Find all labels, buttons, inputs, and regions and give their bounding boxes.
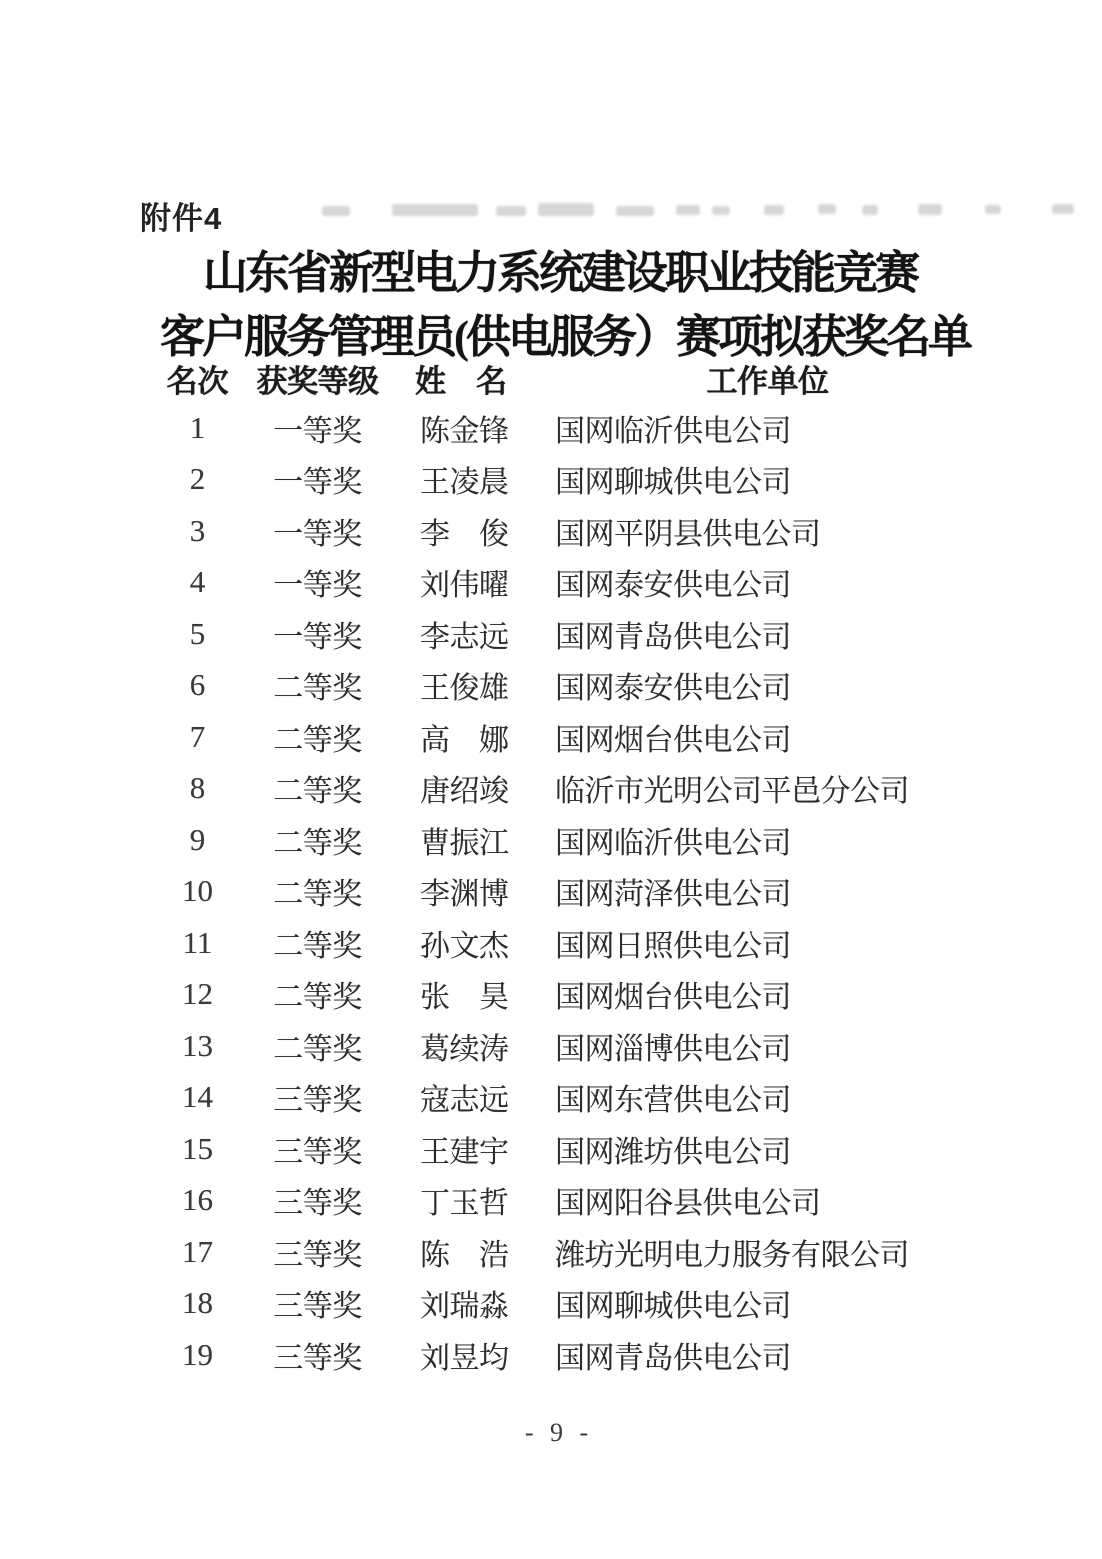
award-cell: 三等奖 bbox=[245, 1230, 390, 1274]
name-cell: 李 俊 bbox=[390, 509, 540, 553]
award-cell: 一等奖 bbox=[245, 612, 390, 656]
rank-cell: 11 bbox=[150, 925, 245, 961]
rank-cell: 5 bbox=[150, 616, 245, 652]
award-cell: 二等奖 bbox=[245, 869, 390, 913]
name-cell: 刘瑞淼 bbox=[390, 1281, 540, 1325]
table-row: 17 三等奖 陈 浩 潍坊光明电力服务有限公司 bbox=[150, 1226, 995, 1278]
table-row: 16 三等奖 丁玉哲 国网阳谷县供电公司 bbox=[150, 1175, 995, 1227]
table-row: 1 一等奖 陈金锋 国网临沂供电公司 bbox=[150, 402, 995, 454]
org-cell: 国网日照供电公司 bbox=[540, 921, 995, 965]
table-row: 4 一等奖 刘伟曜 国网泰安供电公司 bbox=[150, 557, 995, 609]
rank-cell: 19 bbox=[150, 1337, 245, 1373]
scan-artifact bbox=[322, 206, 350, 216]
award-cell: 二等奖 bbox=[245, 818, 390, 862]
award-table: 名次 获奖等级 姓 名 工作单位 1 一等奖 陈金锋 国网临沂供电公司 2 一等… bbox=[150, 354, 995, 1381]
award-cell: 二等奖 bbox=[245, 972, 390, 1016]
name-cell: 孙文杰 bbox=[390, 921, 540, 965]
scan-artifact bbox=[676, 205, 700, 215]
award-cell: 二等奖 bbox=[245, 921, 390, 965]
header-name: 姓 名 bbox=[390, 356, 540, 401]
org-cell: 国网聊城供电公司 bbox=[540, 1281, 995, 1325]
table-row: 19 三等奖 刘昱均 国网青岛供电公司 bbox=[150, 1329, 995, 1381]
award-cell: 一等奖 bbox=[245, 457, 390, 501]
table-row: 9 二等奖 曹振江 国网临沂供电公司 bbox=[150, 814, 995, 866]
table-row: 3 一等奖 李 俊 国网平阴县供电公司 bbox=[150, 505, 995, 557]
award-cell: 三等奖 bbox=[245, 1281, 390, 1325]
table-row: 7 二等奖 高 娜 国网烟台供电公司 bbox=[150, 711, 995, 763]
table-header-row: 名次 获奖等级 姓 名 工作单位 bbox=[150, 354, 995, 402]
org-cell: 国网烟台供电公司 bbox=[540, 715, 995, 759]
rank-cell: 2 bbox=[150, 461, 245, 497]
org-cell: 国网泰安供电公司 bbox=[540, 663, 995, 707]
award-cell: 一等奖 bbox=[245, 406, 390, 450]
org-cell: 国网烟台供电公司 bbox=[540, 972, 995, 1016]
rank-cell: 3 bbox=[150, 513, 245, 549]
org-cell: 国网泰安供电公司 bbox=[540, 560, 995, 604]
award-cell: 二等奖 bbox=[245, 715, 390, 759]
award-cell: 三等奖 bbox=[245, 1127, 390, 1171]
rank-cell: 8 bbox=[150, 770, 245, 806]
table-row: 15 三等奖 王建宇 国网潍坊供电公司 bbox=[150, 1123, 995, 1175]
org-cell: 国网淄博供电公司 bbox=[540, 1024, 995, 1068]
name-cell: 唐绍竣 bbox=[390, 766, 540, 810]
table-row: 6 二等奖 王俊雄 国网泰安供电公司 bbox=[150, 660, 995, 712]
header-rank: 名次 bbox=[150, 356, 245, 401]
header-org: 工作单位 bbox=[540, 356, 995, 401]
rank-cell: 15 bbox=[150, 1131, 245, 1167]
name-cell: 李渊博 bbox=[390, 869, 540, 913]
scan-artifact bbox=[818, 204, 836, 214]
rank-cell: 10 bbox=[150, 873, 245, 909]
scan-artifact bbox=[918, 204, 942, 215]
table-row: 5 一等奖 李志远 国网青岛供电公司 bbox=[150, 608, 995, 660]
name-cell: 陈 浩 bbox=[390, 1230, 540, 1274]
scan-artifact bbox=[862, 205, 878, 215]
scan-artifact bbox=[985, 205, 1001, 214]
org-cell: 国网东营供电公司 bbox=[540, 1075, 995, 1119]
name-cell: 李志远 bbox=[390, 612, 540, 656]
scanned-document-page: 附件4 山东省新型电力系统建设职业技能竞赛 客户服务管理员(供电服务）赛项拟获奖… bbox=[0, 0, 1102, 1559]
name-cell: 寇志远 bbox=[390, 1075, 540, 1119]
rank-cell: 13 bbox=[150, 1028, 245, 1064]
scan-artifact bbox=[764, 205, 784, 215]
header-award: 获奖等级 bbox=[245, 356, 390, 401]
award-cell: 一等奖 bbox=[245, 509, 390, 553]
org-cell: 临沂市光明公司平邑分公司 bbox=[540, 766, 995, 810]
name-cell: 丁玉哲 bbox=[390, 1178, 540, 1222]
rank-cell: 14 bbox=[150, 1079, 245, 1115]
page-number: - 9 - bbox=[8, 1418, 1102, 1448]
rank-cell: 1 bbox=[150, 410, 245, 446]
award-cell: 二等奖 bbox=[245, 1024, 390, 1068]
scan-artifact bbox=[538, 203, 594, 216]
org-cell: 国网临沂供电公司 bbox=[540, 406, 995, 450]
rank-cell: 6 bbox=[150, 667, 245, 703]
org-cell: 潍坊光明电力服务有限公司 bbox=[540, 1230, 995, 1274]
rank-cell: 18 bbox=[150, 1285, 245, 1321]
table-row: 12 二等奖 张 昊 国网烟台供电公司 bbox=[150, 969, 995, 1021]
name-cell: 王建宇 bbox=[390, 1127, 540, 1171]
table-body: 1 一等奖 陈金锋 国网临沂供电公司 2 一等奖 王凌晨 国网聊城供电公司 3 … bbox=[150, 402, 995, 1381]
rank-cell: 12 bbox=[150, 976, 245, 1012]
name-cell: 王俊雄 bbox=[390, 663, 540, 707]
name-cell: 刘伟曜 bbox=[390, 560, 540, 604]
document-title-line1: 山东省新型电力系统建设职业技能竞赛 bbox=[9, 236, 1102, 301]
org-cell: 国网青岛供电公司 bbox=[540, 612, 995, 656]
name-cell: 高 娜 bbox=[390, 715, 540, 759]
award-cell: 三等奖 bbox=[245, 1075, 390, 1119]
org-cell: 国网平阴县供电公司 bbox=[540, 509, 995, 553]
table-row: 8 二等奖 唐绍竣 临沂市光明公司平邑分公司 bbox=[150, 763, 995, 815]
org-cell: 国网阳谷县供电公司 bbox=[540, 1178, 995, 1222]
scan-artifact bbox=[712, 206, 730, 215]
org-cell: 国网临沂供电公司 bbox=[540, 818, 995, 862]
table-row: 10 二等奖 李渊博 国网菏泽供电公司 bbox=[150, 866, 995, 918]
name-cell: 张 昊 bbox=[390, 972, 540, 1016]
rank-cell: 9 bbox=[150, 822, 245, 858]
scan-artifact bbox=[392, 204, 478, 216]
table-row: 13 二等奖 葛续涛 国网淄博供电公司 bbox=[150, 1020, 995, 1072]
rank-cell: 16 bbox=[150, 1182, 245, 1218]
org-cell: 国网潍坊供电公司 bbox=[540, 1127, 995, 1171]
rank-cell: 17 bbox=[150, 1234, 245, 1270]
table-row: 2 一等奖 王凌晨 国网聊城供电公司 bbox=[150, 454, 995, 506]
scan-artifact bbox=[496, 206, 526, 216]
table-row: 18 三等奖 刘瑞淼 国网聊城供电公司 bbox=[150, 1278, 995, 1330]
rank-cell: 7 bbox=[150, 719, 245, 755]
table-row: 14 三等奖 寇志远 国网东营供电公司 bbox=[150, 1072, 995, 1124]
table-row: 11 二等奖 孙文杰 国网日照供电公司 bbox=[150, 917, 995, 969]
org-cell: 国网聊城供电公司 bbox=[540, 457, 995, 501]
name-cell: 王凌晨 bbox=[390, 457, 540, 501]
name-cell: 陈金锋 bbox=[390, 406, 540, 450]
name-cell: 葛续涛 bbox=[390, 1024, 540, 1068]
attachment-label: 附件4 bbox=[140, 193, 222, 238]
name-cell: 曹振江 bbox=[390, 818, 540, 862]
org-cell: 国网菏泽供电公司 bbox=[540, 869, 995, 913]
name-cell: 刘昱均 bbox=[390, 1333, 540, 1377]
award-cell: 三等奖 bbox=[245, 1333, 390, 1377]
org-cell: 国网青岛供电公司 bbox=[540, 1333, 995, 1377]
award-cell: 三等奖 bbox=[245, 1178, 390, 1222]
scan-artifact bbox=[1052, 204, 1074, 214]
award-cell: 二等奖 bbox=[245, 663, 390, 707]
award-cell: 二等奖 bbox=[245, 766, 390, 810]
rank-cell: 4 bbox=[150, 564, 245, 600]
award-cell: 一等奖 bbox=[245, 560, 390, 604]
scan-artifact bbox=[616, 206, 654, 216]
